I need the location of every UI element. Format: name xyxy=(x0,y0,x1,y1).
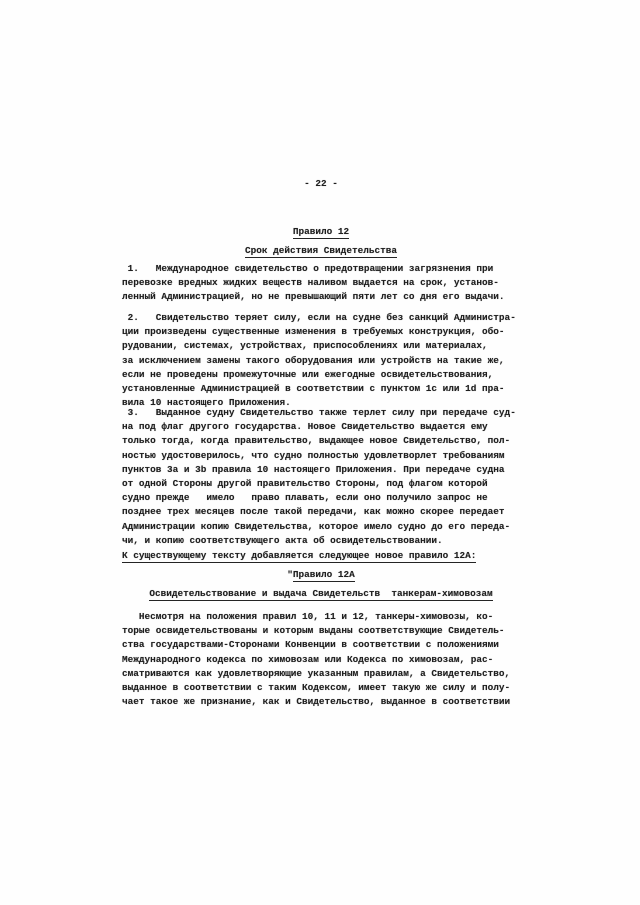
rule-12a-subheading-row: Освидетельствование и выдача Свидетельст… xyxy=(122,587,520,601)
rule-12a-heading-row: "Правило 12А xyxy=(122,568,520,582)
rule-12-subtitle: Срок действия Свидетельства xyxy=(245,245,397,258)
page-number: - 22 - xyxy=(122,177,520,191)
rule-12-title: Правило 12 xyxy=(293,226,349,239)
scanned-document-page: - 22 - Правило 12 Срок действия Свидетел… xyxy=(0,0,640,905)
rule-12-subheading-row: Срок действия Свидетельства xyxy=(122,244,520,258)
rule-12-paragraph-3: 3. Выданное судну Свидетельство также те… xyxy=(122,406,520,548)
amendment-note-row: К существующему тексту добавляется следу… xyxy=(122,549,520,563)
rule-12a-subtitle: Освидетельствование и выдача Свидетельст… xyxy=(149,588,492,601)
rule-12-heading-row: Правило 12 xyxy=(122,225,520,239)
rule-12-paragraph-1: 1. Международное свидетельство о предотв… xyxy=(122,262,520,305)
amendment-note: К существующему тексту добавляется следу… xyxy=(122,550,476,563)
rule-12a-title: Правило 12А xyxy=(293,569,355,582)
rule-12-paragraph-2: 2. Свидетельство теряет силу, если на су… xyxy=(122,311,520,410)
rule-12a-paragraph-1: Несмотря на положения правил 10, 11 и 12… xyxy=(122,610,520,709)
